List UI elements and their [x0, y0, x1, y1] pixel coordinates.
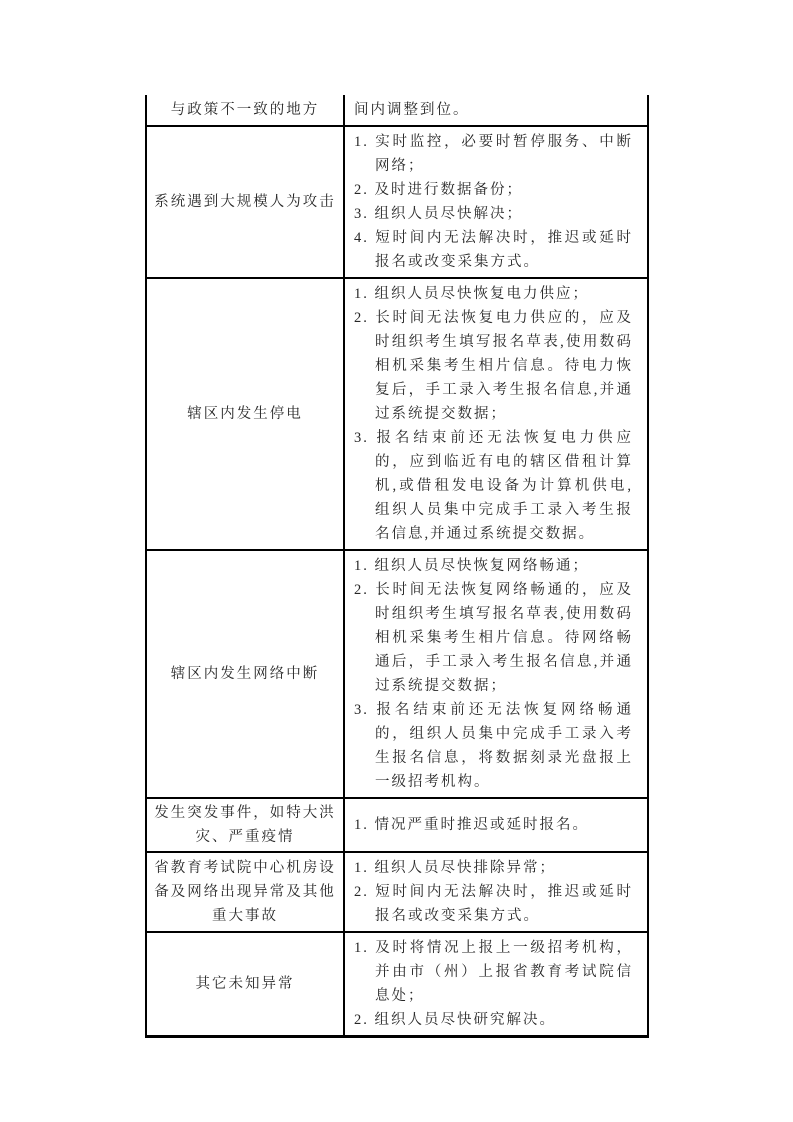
scenario-cell: 其它未知异常 [147, 933, 345, 1035]
document-page: 与政策不一致的地方间内调整到位。系统遇到大规模人为攻击1. 实时监控，必要时暂停… [0, 0, 793, 1122]
measure-item: 1. 组织人员尽快恢复网络畅通； [354, 554, 633, 578]
measures-cell: 间内调整到位。 [345, 95, 647, 125]
scenario-cell: 系统遇到大规模人为攻击 [147, 127, 345, 277]
scenario-text: 发生突发事件，如特大洪灾、严重疫情 [152, 801, 338, 849]
measures-cell: 1. 组织人员尽快恢复电力供应；2. 长时间无法恢复电力供应的，应及时组织考生填… [345, 279, 647, 549]
measure-item: 1. 情况严重时推迟或延时报名。 [354, 813, 633, 837]
scenario-cell: 辖区内发生停电 [147, 279, 345, 549]
emergency-response-table: 与政策不一致的地方间内调整到位。系统遇到大规模人为攻击1. 实时监控，必要时暂停… [145, 95, 649, 1038]
measure-item: 间内调整到位。 [354, 98, 633, 122]
scenario-text: 系统遇到大规模人为攻击 [154, 190, 336, 214]
scenario-text: 辖区内发生停电 [187, 402, 303, 426]
measure-item: 3. 报名结束前还无法恢复电力供应的，应到临近有电的辖区借租计算机,或借租发电设… [354, 426, 633, 546]
measure-item: 1. 及时将情况上报上一级招考机构，并由市（州）上报省教育考试院信息处； [354, 936, 633, 1008]
measure-item: 3. 组织人员尽快解决； [354, 202, 633, 226]
table-row: 省教育考试院中心机房设备及网络出现异常及其他重大事故1. 组织人员尽快排除异常；… [147, 851, 647, 931]
table-row: 其它未知异常1. 及时将情况上报上一级招考机构，并由市（州）上报省教育考试院信息… [147, 931, 647, 1035]
scenario-text: 与政策不一致的地方 [171, 98, 320, 122]
measure-item: 1. 实时监控，必要时暂停服务、中断网络； [354, 130, 633, 178]
measures-cell: 1. 组织人员尽快排除异常；2. 短时间内无法解决时，推迟或延时报名或改变采集方… [345, 853, 647, 931]
measure-item: 2. 长时间无法恢复网络畅通的，应及时组织考生填写报名草表,使用数码相机采集考生… [354, 578, 633, 698]
scenario-cell: 辖区内发生网络中断 [147, 551, 345, 797]
measure-item: 2. 及时进行数据备份； [354, 178, 633, 202]
measures-cell: 1. 及时将情况上报上一级招考机构，并由市（州）上报省教育考试院信息处；2. 组… [345, 933, 647, 1035]
measure-item: 1. 组织人员尽快恢复电力供应； [354, 282, 633, 306]
table-row: 与政策不一致的地方间内调整到位。 [147, 95, 647, 125]
measure-item: 4. 短时间内无法解决时，推迟或延时报名或改变采集方式。 [354, 226, 633, 274]
measure-item: 2. 短时间内无法解决时，推迟或延时报名或改变采集方式。 [354, 880, 633, 928]
scenario-cell: 发生突发事件，如特大洪灾、严重疫情 [147, 799, 345, 851]
measure-item: 1. 组织人员尽快排除异常； [354, 856, 633, 880]
scenario-text: 省教育考试院中心机房设备及网络出现异常及其他重大事故 [152, 856, 338, 928]
measure-item: 2. 长时间无法恢复电力供应的，应及时组织考生填写报名草表,使用数码相机采集考生… [354, 306, 633, 426]
scenario-text: 辖区内发生网络中断 [171, 662, 320, 686]
table-row: 系统遇到大规模人为攻击1. 实时监控，必要时暂停服务、中断网络；2. 及时进行数… [147, 125, 647, 277]
scenario-cell: 与政策不一致的地方 [147, 95, 345, 125]
measure-item: 2. 组织人员尽快研究解决。 [354, 1008, 633, 1032]
measures-cell: 1. 组织人员尽快恢复网络畅通；2. 长时间无法恢复网络畅通的，应及时组织考生填… [345, 551, 647, 797]
table-row: 发生突发事件，如特大洪灾、严重疫情1. 情况严重时推迟或延时报名。 [147, 797, 647, 851]
measures-cell: 1. 情况严重时推迟或延时报名。 [345, 799, 647, 851]
scenario-text: 其它未知异常 [196, 972, 295, 996]
scenario-cell: 省教育考试院中心机房设备及网络出现异常及其他重大事故 [147, 853, 345, 931]
table-row: 辖区内发生停电1. 组织人员尽快恢复电力供应；2. 长时间无法恢复电力供应的，应… [147, 277, 647, 549]
measure-item: 3. 报名结束前还无法恢复网络畅通的，组织人员集中完成手工录入考生报名信息，将数… [354, 698, 633, 794]
measures-cell: 1. 实时监控，必要时暂停服务、中断网络；2. 及时进行数据备份；3. 组织人员… [345, 127, 647, 277]
table-row: 辖区内发生网络中断1. 组织人员尽快恢复网络畅通；2. 长时间无法恢复网络畅通的… [147, 549, 647, 797]
